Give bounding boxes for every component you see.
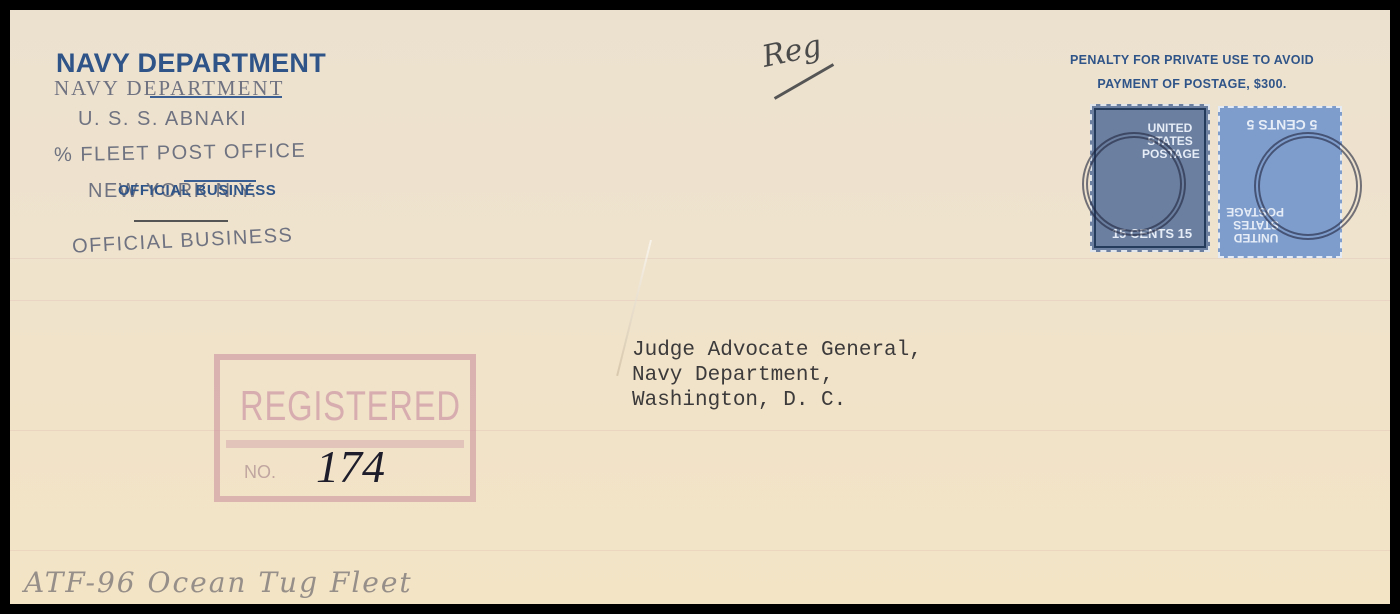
strike-line <box>134 220 228 222</box>
return-stamp-line-2: U. S. S. ABNAKI <box>78 108 247 131</box>
postage-stamp-5-cents-inverted: 5 CENTS 5 UNITED STATES POSTAGE <box>1218 106 1342 258</box>
return-stamp-line-5: OFFICIAL BUSINESS <box>72 224 294 259</box>
envelope: NAVY DEPARTMENT NAVY DEPARTMENT U. S. S.… <box>10 10 1390 604</box>
penalty-line-1: PENALTY FOR PRIVATE USE TO AVOID <box>1042 48 1342 72</box>
penalty-line-2: PAYMENT OF POSTAGE, $300. <box>1042 72 1342 96</box>
registered-number: 174 <box>316 440 385 493</box>
registered-no-label: NO. <box>244 462 276 483</box>
printed-title: NAVY DEPARTMENT <box>56 48 326 79</box>
cancellation-mark <box>1254 132 1362 240</box>
registered-label: REGISTERED <box>240 382 461 430</box>
postage-stamp-15-cents: UNITED STATES POSTAGE 15 CENTS 15 <box>1090 104 1210 252</box>
address-line-2: Navy Department, <box>632 363 922 388</box>
paper-line <box>10 300 1390 301</box>
registered-stamp: REGISTERED NO. 174 <box>214 354 476 502</box>
stamp-value: 5 CENTS 5 <box>1230 118 1334 131</box>
penalty-notice: PENALTY FOR PRIVATE USE TO AVOID PAYMENT… <box>1042 48 1342 96</box>
address-line-1: Judge Advocate General, <box>632 338 922 363</box>
return-stamp-line-3: % FLEET POST OFFICE <box>54 140 307 167</box>
address-line-3: Washington, D. C. <box>632 388 922 413</box>
handwritten-note: ATF-96 Ocean Tug Fleet <box>24 566 413 599</box>
paper-line <box>10 550 1390 551</box>
paper-line <box>10 258 1390 259</box>
strike-line <box>150 96 282 98</box>
recipient-address: Judge Advocate General,Navy Department,W… <box>632 338 922 413</box>
printed-official-business: OFFICIAL BUSINESS <box>118 182 276 199</box>
cancellation-mark <box>1082 132 1186 236</box>
handwritten-reg-mark: Reg <box>759 28 825 75</box>
